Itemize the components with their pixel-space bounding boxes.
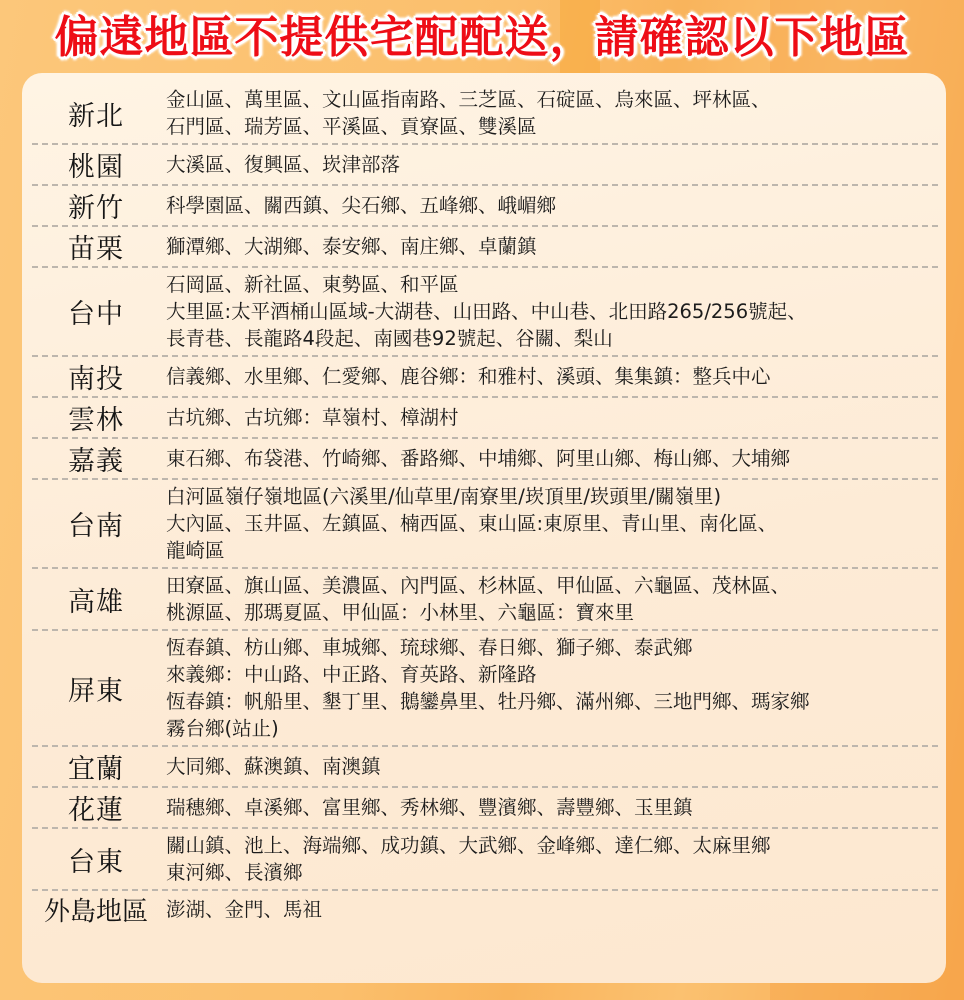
region-name: 花蓮 xyxy=(32,788,160,827)
area-line: 古坑鄉、古坑鄉：草嶺村、樟湖村 xyxy=(166,404,938,431)
area-line: 長青巷、長龍路4段起、南國巷92號起、谷關、梨山 xyxy=(166,325,938,352)
page-title: 偏遠地區不提供宅配配送，請確認以下地區 xyxy=(0,8,964,68)
area-line: 獅潭鄉、大湖鄉、泰安鄉、南庄鄉、卓蘭鎮 xyxy=(166,233,938,260)
area-line: 澎湖、金門、馬祖 xyxy=(166,896,938,923)
region-name: 高雄 xyxy=(32,580,160,619)
area-line: 關山鎮、池上、海端鄉、成功鎮、大武鄉、金峰鄉、達仁鄉、太麻里鄉 xyxy=(166,832,938,859)
region-row: 新竹 科學園區、關西鎮、尖石鄉、五峰鄉、峨嵋鄉 xyxy=(32,186,938,227)
region-areas: 白河區嶺仔嶺地區(六溪里/仙草里/南寮里/崁頂里/崁頭里/關嶺里)大內區、玉井區… xyxy=(160,480,938,567)
region-name: 新竹 xyxy=(32,186,160,225)
area-line: 金山區、萬里區、文山區指南路、三芝區、石碇區、烏來區、坪林區、 xyxy=(166,86,938,113)
area-line: 白河區嶺仔嶺地區(六溪里/仙草里/南寮里/崁頂里/崁頭里/關嶺里) xyxy=(166,483,938,510)
region-areas: 瑞穗鄉、卓溪鄉、富里鄉、秀林鄉、豐濱鄉、壽豐鄉、玉里鎮 xyxy=(160,791,938,824)
region-areas: 田寮區、旗山區、美濃區、內門區、杉林區、甲仙區、六龜區、茂林區、桃源區、那瑪夏區… xyxy=(160,569,938,629)
area-line: 桃源區、那瑪夏區、甲仙區：小林里、六龜區：寶來里 xyxy=(166,599,938,626)
region-name: 苗栗 xyxy=(32,227,160,266)
region-name: 台中 xyxy=(32,292,160,331)
region-name: 雲林 xyxy=(32,398,160,437)
region-row: 屏東 恆春鎮、枋山鄉、車城鄉、琉球鄉、春日鄉、獅子鄉、泰武鄉來義鄉：中山路、中正… xyxy=(32,631,938,747)
region-areas: 東石鄉、布袋港、竹崎鄉、番路鄉、中埔鄉、阿里山鄉、梅山鄉、大埔鄉 xyxy=(160,442,938,475)
region-areas: 恆春鎮、枋山鄉、車城鄉、琉球鄉、春日鄉、獅子鄉、泰武鄉來義鄉：中山路、中正路、育… xyxy=(160,631,938,745)
region-name: 桃園 xyxy=(32,145,160,184)
region-name: 嘉義 xyxy=(32,439,160,478)
region-areas: 澎湖、金門、馬祖 xyxy=(160,893,938,926)
region-name: 台東 xyxy=(32,840,160,879)
region-areas: 石岡區、新社區、東勢區、和平區大里區:太平酒桶山區域-大湖巷、山田路、中山巷、北… xyxy=(160,268,938,355)
region-row: 台東 關山鎮、池上、海端鄉、成功鎮、大武鄉、金峰鄉、達仁鄉、太麻里鄉東河鄉、長濱… xyxy=(32,829,938,891)
region-row: 外島地區 澎湖、金門、馬祖 xyxy=(32,891,938,928)
region-row: 嘉義 東石鄉、布袋港、竹崎鄉、番路鄉、中埔鄉、阿里山鄉、梅山鄉、大埔鄉 xyxy=(32,439,938,480)
area-line: 東河鄉、長濱鄉 xyxy=(166,859,938,886)
region-row: 高雄 田寮區、旗山區、美濃區、內門區、杉林區、甲仙區、六龜區、茂林區、桃源區、那… xyxy=(32,569,938,631)
area-line: 瑞穗鄉、卓溪鄉、富里鄉、秀林鄉、豐濱鄉、壽豐鄉、玉里鎮 xyxy=(166,794,938,821)
region-name: 宜蘭 xyxy=(32,747,160,786)
area-line: 霧台鄉(站止) xyxy=(166,715,938,742)
region-name: 外島地區 xyxy=(32,891,160,928)
region-name: 南投 xyxy=(32,357,160,396)
region-row: 台中 石岡區、新社區、東勢區、和平區大里區:太平酒桶山區域-大湖巷、山田路、中山… xyxy=(32,268,938,357)
area-line: 龍崎區 xyxy=(166,537,938,564)
region-areas: 信義鄉、水里鄉、仁愛鄉、鹿谷鄉：和雅村、溪頭、集集鎮：整兵中心 xyxy=(160,360,938,393)
area-line: 科學園區、關西鎮、尖石鄉、五峰鄉、峨嵋鄉 xyxy=(166,192,938,219)
region-areas: 科學園區、關西鎮、尖石鄉、五峰鄉、峨嵋鄉 xyxy=(160,189,938,222)
region-row: 宜蘭 大同鄉、蘇澳鎮、南澳鎮 xyxy=(32,747,938,788)
area-line: 石岡區、新社區、東勢區、和平區 xyxy=(166,271,938,298)
area-line: 田寮區、旗山區、美濃區、內門區、杉林區、甲仙區、六龜區、茂林區、 xyxy=(166,572,938,599)
region-row: 台南 白河區嶺仔嶺地區(六溪里/仙草里/南寮里/崁頂里/崁頭里/關嶺里)大內區、… xyxy=(32,480,938,569)
region-name: 台南 xyxy=(32,504,160,543)
region-areas: 關山鎮、池上、海端鄉、成功鎮、大武鄉、金峰鄉、達仁鄉、太麻里鄉東河鄉、長濱鄉 xyxy=(160,829,938,889)
area-line: 大同鄉、蘇澳鎮、南澳鎮 xyxy=(166,753,938,780)
region-row: 花蓮 瑞穗鄉、卓溪鄉、富里鄉、秀林鄉、豐濱鄉、壽豐鄉、玉里鎮 xyxy=(32,788,938,829)
area-line: 石門區、瑞芳區、平溪區、貢寮區、雙溪區 xyxy=(166,113,938,140)
region-row: 新北 金山區、萬里區、文山區指南路、三芝區、石碇區、烏來區、坪林區、石門區、瑞芳… xyxy=(32,83,938,145)
area-line: 大內區、玉井區、左鎮區、楠西區、東山區:東原里、青山里、南化區、 xyxy=(166,510,938,537)
area-line: 大溪區、復興區、崁津部落 xyxy=(166,151,938,178)
area-line: 大里區:太平酒桶山區域-大湖巷、山田路、中山巷、北田路265/256號起、 xyxy=(166,298,938,325)
area-line: 來義鄉：中山路、中正路、育英路、新隆路 xyxy=(166,661,938,688)
area-line: 東石鄉、布袋港、竹崎鄉、番路鄉、中埔鄉、阿里山鄉、梅山鄉、大埔鄉 xyxy=(166,445,938,472)
region-table: 新北 金山區、萬里區、文山區指南路、三芝區、石碇區、烏來區、坪林區、石門區、瑞芳… xyxy=(22,83,946,928)
region-areas: 大同鄉、蘇澳鎮、南澳鎮 xyxy=(160,750,938,783)
region-name: 新北 xyxy=(32,94,160,133)
area-line: 恆春鎮、枋山鄉、車城鄉、琉球鄉、春日鄉、獅子鄉、泰武鄉 xyxy=(166,634,938,661)
area-line: 恆春鎮：帆船里、墾丁里、鵝鑾鼻里、牡丹鄉、滿州鄉、三地門鄉、瑪家鄉 xyxy=(166,688,938,715)
region-areas: 古坑鄉、古坑鄉：草嶺村、樟湖村 xyxy=(160,401,938,434)
region-areas: 獅潭鄉、大湖鄉、泰安鄉、南庄鄉、卓蘭鎮 xyxy=(160,230,938,263)
region-row: 桃園 大溪區、復興區、崁津部落 xyxy=(32,145,938,186)
region-row: 苗栗 獅潭鄉、大湖鄉、泰安鄉、南庄鄉、卓蘭鎮 xyxy=(32,227,938,268)
area-line: 信義鄉、水里鄉、仁愛鄉、鹿谷鄉：和雅村、溪頭、集集鎮：整兵中心 xyxy=(166,363,938,390)
region-list-panel: 新北 金山區、萬里區、文山區指南路、三芝區、石碇區、烏來區、坪林區、石門區、瑞芳… xyxy=(22,73,946,983)
region-areas: 金山區、萬里區、文山區指南路、三芝區、石碇區、烏來區、坪林區、石門區、瑞芳區、平… xyxy=(160,83,938,143)
region-name: 屏東 xyxy=(32,669,160,708)
region-areas: 大溪區、復興區、崁津部落 xyxy=(160,148,938,181)
region-row: 雲林 古坑鄉、古坑鄉：草嶺村、樟湖村 xyxy=(32,398,938,439)
region-row: 南投 信義鄉、水里鄉、仁愛鄉、鹿谷鄉：和雅村、溪頭、集集鎮：整兵中心 xyxy=(32,357,938,398)
